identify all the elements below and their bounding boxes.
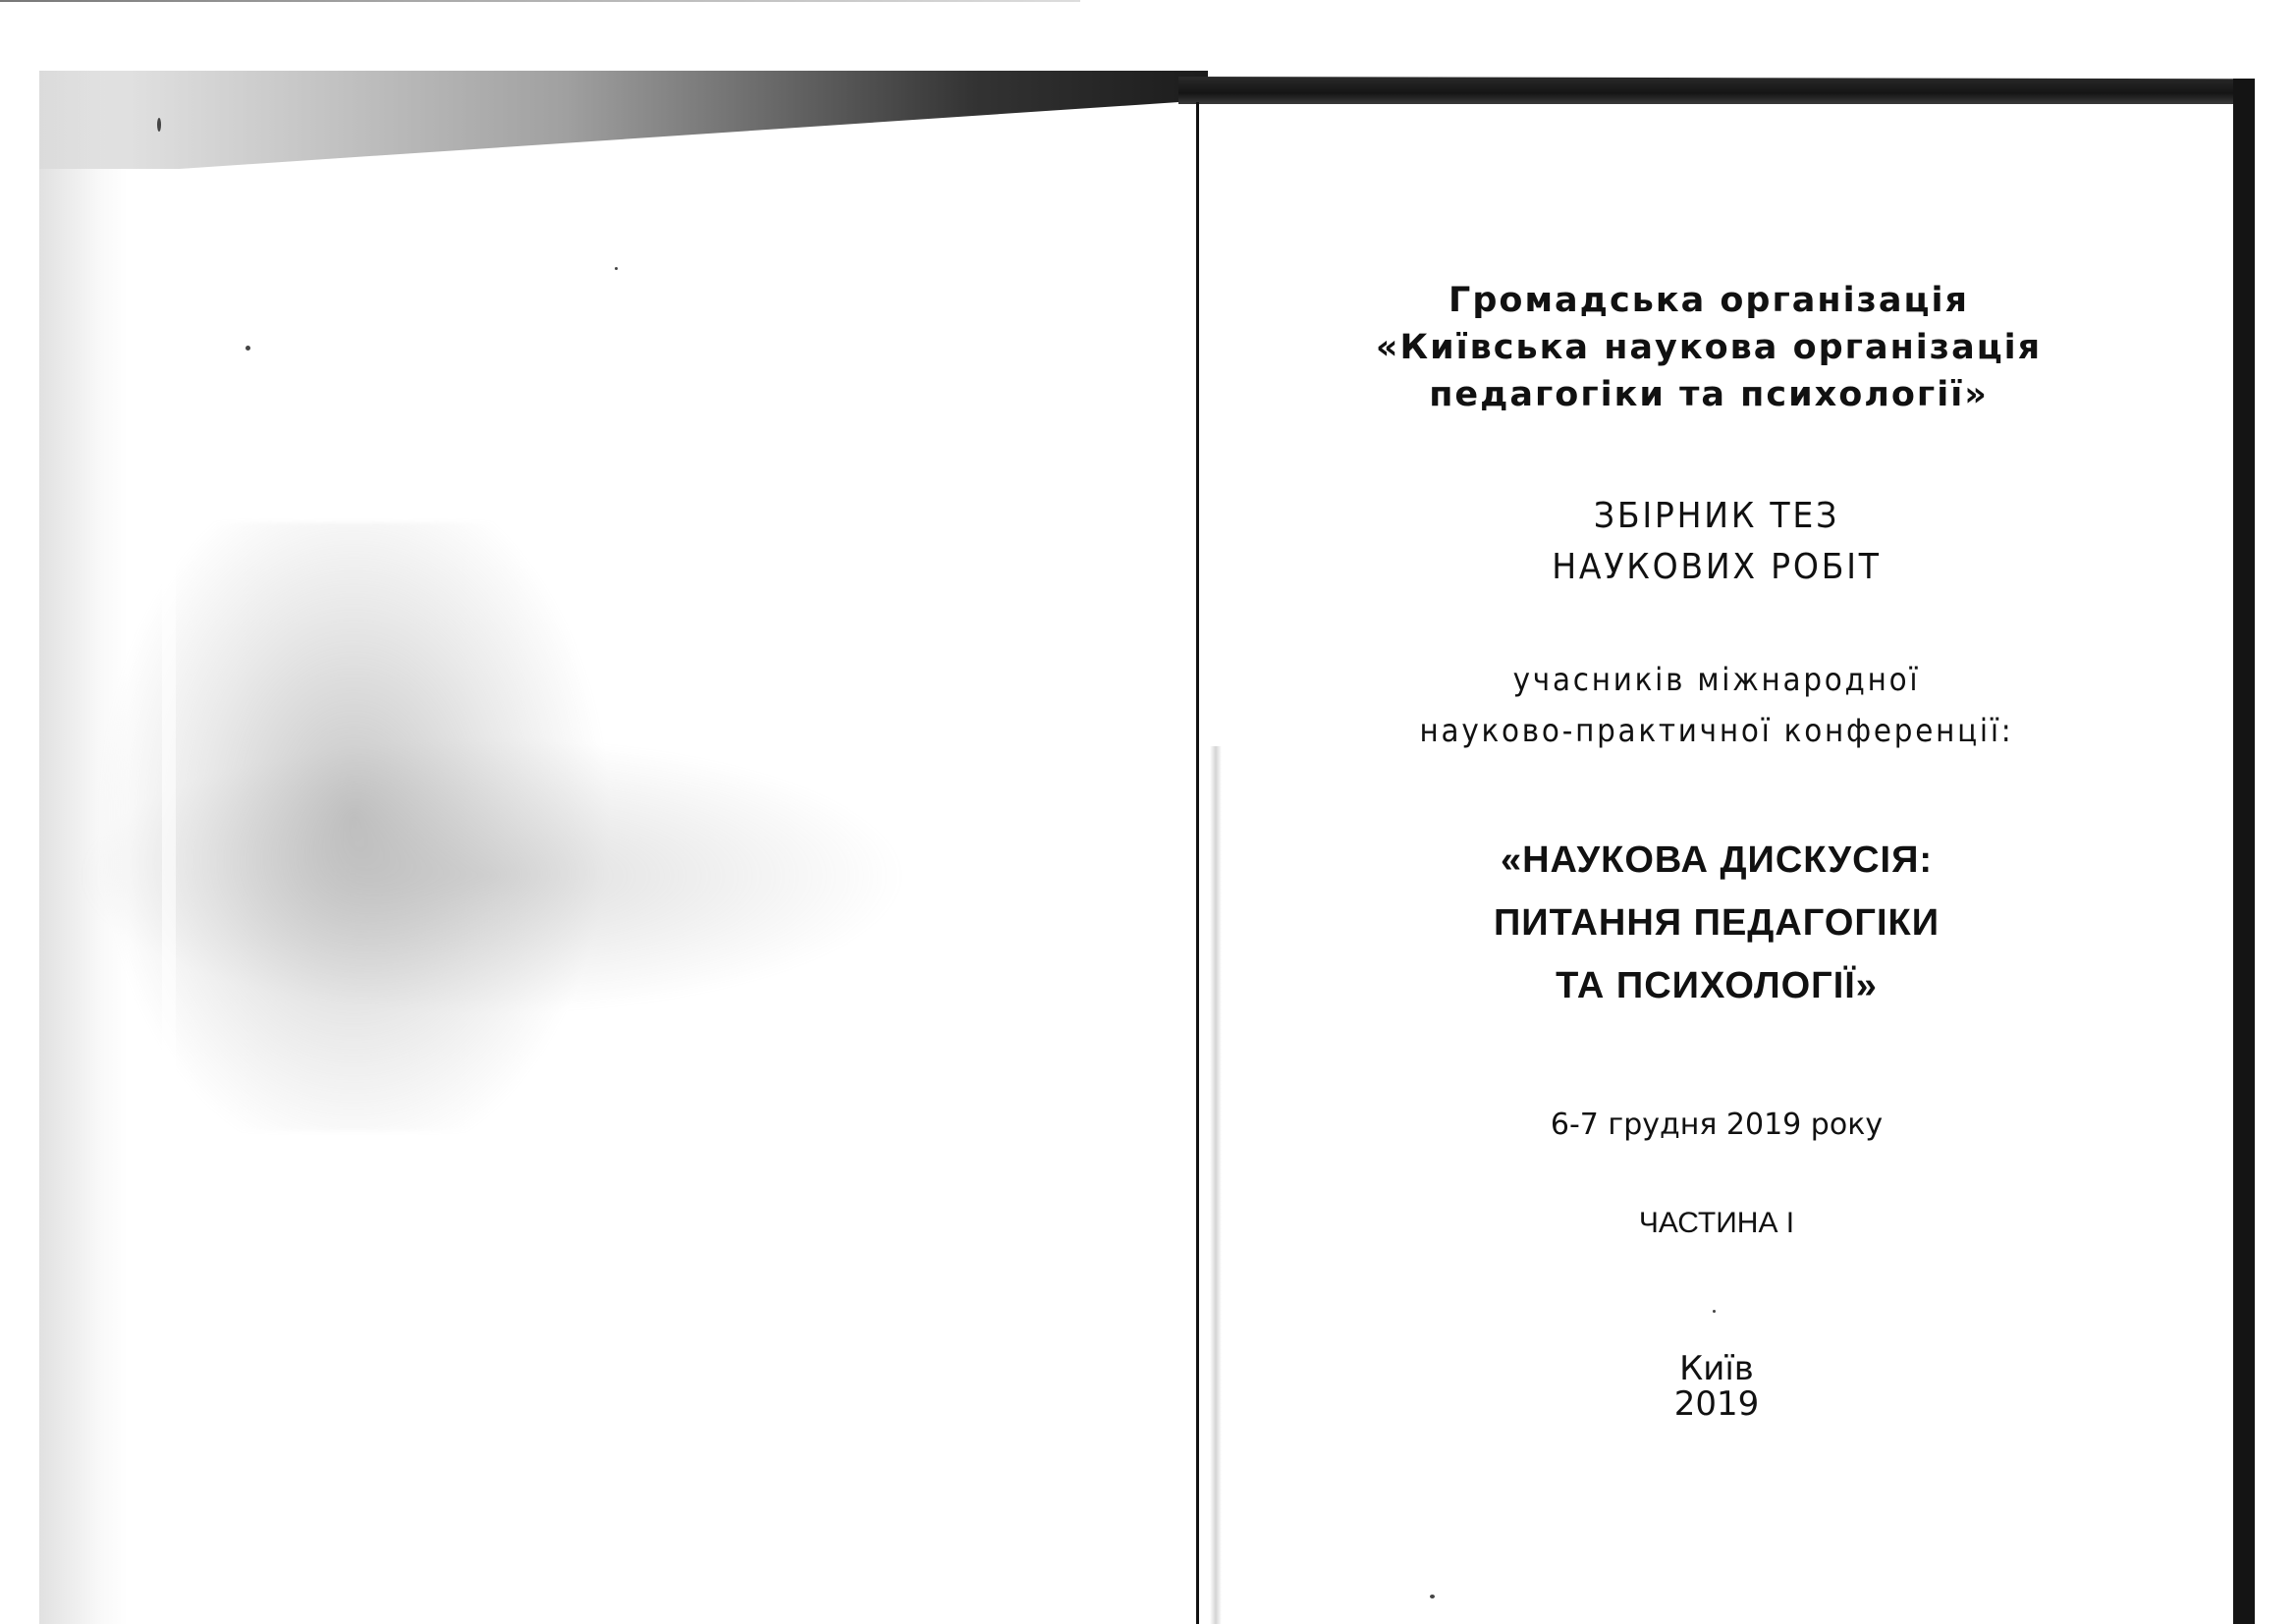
imprint: Київ 2019 [1200, 1351, 2233, 1422]
collection-title-line: ЗБІРНИК ТЕЗ [1241, 491, 2192, 542]
organization-name: Громадська організація «Київська наукова… [1192, 277, 2225, 418]
conference-title: «НАУКОВА ДИСКУСІЯ: ПИТАННЯ ПЕДАГОГІКИ ТА… [1200, 829, 2233, 1017]
collection-title-line: НАУКОВИХ РОБІТ [1241, 542, 2192, 593]
organization-line: Громадська організація [1192, 277, 2225, 324]
scan-show-through-shadow [79, 522, 1021, 1131]
conference-title-line: ПИТАННЯ ПЕДАГОГІКИ [1200, 892, 2233, 954]
scan-top-border [1178, 77, 2239, 104]
imprint-year: 2019 [1200, 1386, 2233, 1422]
participants-subtitle: учасників міжнародної науково-практичної… [1241, 654, 2192, 756]
conference-title-line: ТА ПСИХОЛОГІЇ» [1200, 954, 2233, 1017]
conference-title-line: «НАУКОВА ДИСКУСІЯ: [1200, 829, 2233, 892]
imprint-city: Київ [1200, 1351, 2233, 1386]
collection-title: ЗБІРНИК ТЕЗ НАУКОВИХ РОБІТ [1241, 491, 2192, 593]
scan-speck [615, 267, 618, 270]
scan-speck [157, 118, 161, 132]
organization-line: педагогіки та психології» [1192, 371, 2225, 418]
scan-light-stripe [162, 483, 176, 1190]
scan-artifact-top-line [0, 0, 1080, 2]
title-page: Громадська організація «Київська наукова… [1200, 104, 2233, 1624]
conference-dates: 6-7 грудня 2019 року [1200, 1106, 2233, 1145]
scan-speck [246, 346, 250, 351]
scan-right-border [2233, 79, 2255, 1624]
organization-line: «Київська наукова організація [1192, 324, 2225, 371]
participants-line: учасників міжнародної [1241, 654, 2192, 705]
participants-line: науково-практичної конференції: [1241, 705, 2192, 756]
left-page [39, 71, 1198, 1624]
volume-part: ЧАСТИНА I [1200, 1204, 2233, 1243]
